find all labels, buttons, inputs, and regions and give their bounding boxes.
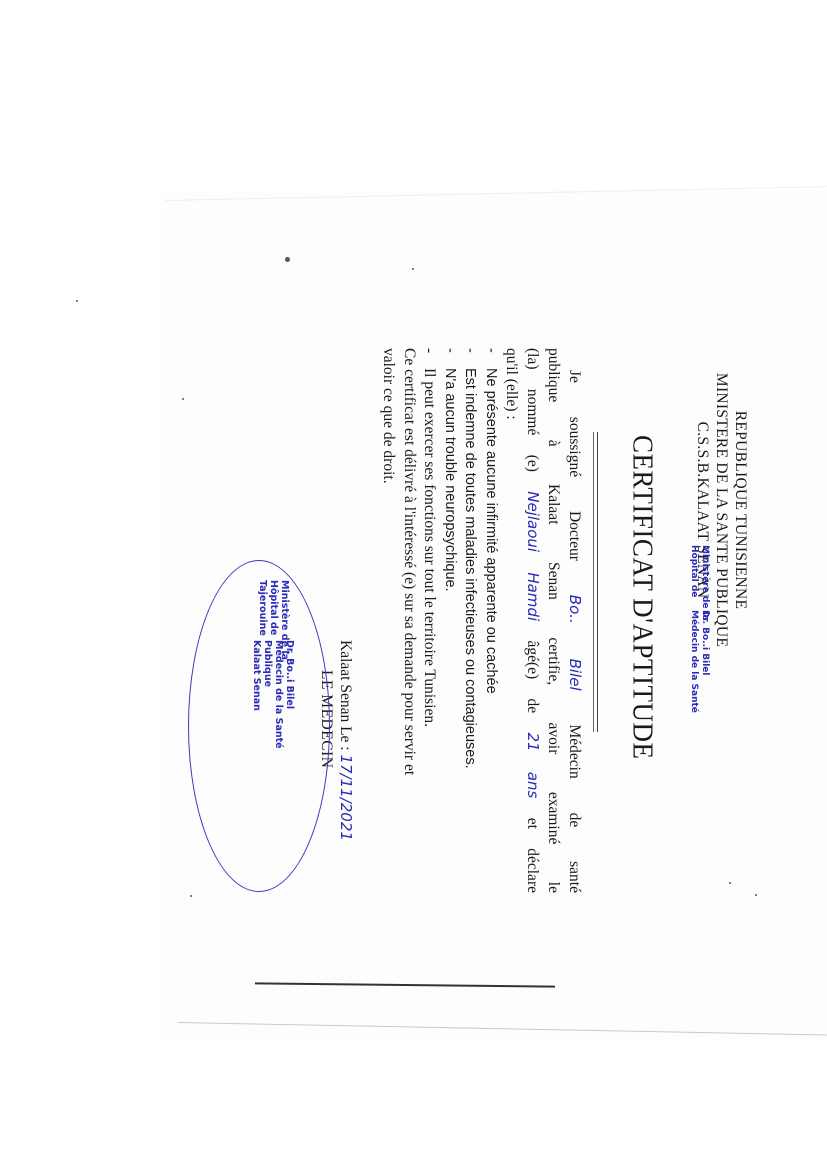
closing-line-2: valoir ce que de droit. bbox=[378, 348, 399, 893]
stamp-line: Médecin de la Santé bbox=[688, 610, 699, 713]
ministry-stamp: Ministère de la Hôpital de Tajerouine bbox=[257, 580, 290, 660]
body-text: et déclare bbox=[524, 798, 541, 893]
declaration-item: N'a aucun trouble neuropsychique. bbox=[440, 348, 461, 893]
scan-speck bbox=[729, 882, 731, 884]
date-handwritten: 17/11/2021 bbox=[337, 754, 355, 840]
scan-speck bbox=[182, 398, 184, 400]
scan-speck bbox=[755, 894, 757, 896]
scan-speck bbox=[285, 257, 290, 262]
body-text: Je soussigné Docteur bbox=[566, 370, 583, 595]
patient-name-handwritten: Nejlaoui Hamdi bbox=[524, 491, 542, 621]
stamp-line: Hôpital de bbox=[268, 580, 279, 660]
scan-speck bbox=[412, 268, 414, 270]
declaration-item: Ne présente aucune infirmité apparente o… bbox=[481, 348, 502, 893]
body-text: certifie, avoir examiné le bbox=[546, 637, 563, 893]
scan-speck bbox=[190, 895, 192, 897]
doctor-stamp-top-2: Dr. Bo..i Bilel Médecin de la Santé bbox=[688, 610, 710, 713]
age-handwritten: 21 ans bbox=[524, 733, 542, 799]
place-label: Kalaat Senan Le : bbox=[337, 640, 354, 751]
closing-line-1: Ce certificat est délivré à l'intéressé … bbox=[399, 348, 420, 893]
letterhead-country: REPUBLIQUE TUNISIENNE bbox=[731, 340, 750, 680]
declaration-item: Est indemne de toutes maladies infectieu… bbox=[460, 348, 481, 893]
certificate-body: Je soussigné Docteur Bo.. Bilel Médecin … bbox=[378, 348, 585, 893]
body-line-2: publique à Kalaat Senan certifie, avoir … bbox=[543, 348, 564, 893]
title-underline bbox=[593, 432, 598, 732]
body-text: âgé(e) de bbox=[524, 621, 541, 732]
scan-speck bbox=[76, 300, 78, 302]
body-line-1: Je soussigné Docteur Bo.. Bilel Médecin … bbox=[564, 348, 586, 893]
stamp-line: Dr. Bo..i Bilel bbox=[699, 610, 710, 713]
certificate-content: REPUBLIQUE TUNISIENNE MINISTERE DE LA SA… bbox=[330, 340, 750, 1040]
stamp-line: Ministère de la bbox=[279, 580, 290, 660]
letterhead-ministry: MINISTERE DE LA SANTE PUBLIQUE bbox=[712, 340, 731, 680]
doctor-name-handwritten: Bo.. Bilel bbox=[566, 595, 584, 691]
body-text: publique à Kalaat Senan bbox=[546, 348, 563, 637]
document-title: CERTIFICAT D'APTITUDE bbox=[626, 435, 659, 760]
body-line-3: (la) nommé (e) Nejlaoui Hamdi âgé(e) de … bbox=[522, 348, 544, 893]
body-line-4: qu'il (elle) : bbox=[501, 348, 522, 893]
signature-place-date: Kalaat Senan Le : 17/11/2021 bbox=[336, 640, 355, 841]
stamp-line: Tajerouine bbox=[257, 580, 268, 660]
body-text: Médecin de santé bbox=[566, 691, 583, 893]
declaration-item: Il peut exercer ses fonctions sur tout l… bbox=[419, 348, 440, 893]
body-text: (la) nommé (e) bbox=[524, 348, 541, 491]
